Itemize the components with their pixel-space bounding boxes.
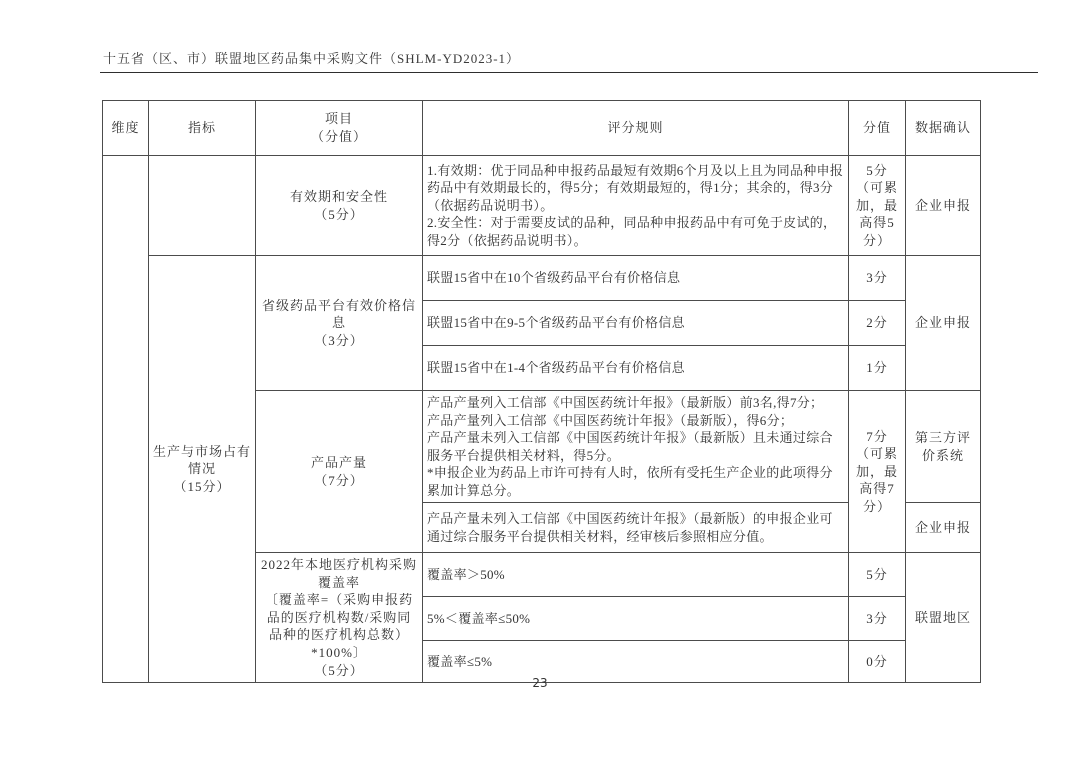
rule-coverage-gt50: 覆盖率＞50% bbox=[423, 553, 849, 597]
header-dimension: 维度 bbox=[103, 101, 149, 156]
confirm-output-enterprise: 企业申报 bbox=[906, 503, 981, 553]
scoring-rules-table: 维度 指标 项目 （分值） 评分规则 分值 数据确认 有效期和安全性 （5分） … bbox=[102, 100, 981, 683]
rule-validity: 1.有效期：优于同品种申报药品最短有效期6个月及以上且为同品种申报药品中有效期最… bbox=[423, 156, 849, 256]
table-header-row: 维度 指标 项目 （分值） 评分规则 分值 数据确认 bbox=[103, 101, 981, 156]
document-header-title: 十五省（区、市）联盟地区药品集中采购文件（SHLM-YD2023-1） bbox=[103, 48, 520, 67]
confirm-validity: 企业申报 bbox=[906, 156, 981, 256]
rule-output-listed: 产品产量列入工信部《中国医药统计年报》（最新版）前3名,得7分； 产品产量列入工… bbox=[423, 391, 849, 503]
project-coverage: 2022年本地医疗机构采购覆盖率 〔覆盖率=（采购申报药品的医疗机构数/采购同品… bbox=[256, 553, 423, 683]
score-coverage-gt50: 5分 bbox=[849, 553, 906, 597]
rule-price-info-1-4: 联盟15省中在1-4个省级药品平台有价格信息 bbox=[423, 346, 849, 391]
project-output: 产品产量 （7分） bbox=[256, 391, 423, 553]
score-price-info-1-4: 1分 bbox=[849, 346, 906, 391]
score-price-info-9-5: 2分 bbox=[849, 301, 906, 346]
score-output: 7分 （可累加，最高得7分） bbox=[849, 391, 906, 553]
table-row: 生产与市场占有情况 （15分） 省级药品平台有效价格信息 （3分） 联盟15省中… bbox=[103, 256, 981, 301]
confirm-price-info: 企业申报 bbox=[906, 256, 981, 391]
rule-price-info-9-5: 联盟15省中在9-5个省级药品平台有价格信息 bbox=[423, 301, 849, 346]
score-price-info-10: 3分 bbox=[849, 256, 906, 301]
rule-output-unlisted: 产品产量未列入工信部《中国医药统计年报》（最新版）的申报企业可通过综合服务平台提… bbox=[423, 503, 849, 553]
header-project: 项目 （分值） bbox=[256, 101, 423, 156]
header-divider-line bbox=[100, 72, 1038, 73]
table-row: 有效期和安全性 （5分） 1.有效期：优于同品种申报药品最短有效期6个月及以上且… bbox=[103, 156, 981, 256]
rule-price-info-10: 联盟15省中在10个省级药品平台有价格信息 bbox=[423, 256, 849, 301]
rule-coverage-5to50: 5%＜覆盖率≤50% bbox=[423, 597, 849, 641]
score-validity: 5分 （可累加，最高得5分） bbox=[849, 156, 906, 256]
project-price-info: 省级药品平台有效价格信息 （3分） bbox=[256, 256, 423, 391]
document-page: 十五省（区、市）联盟地区药品集中采购文件（SHLM-YD2023-1） 维度 指… bbox=[0, 0, 1080, 764]
header-confirm: 数据确认 bbox=[906, 101, 981, 156]
score-coverage-5to50: 3分 bbox=[849, 597, 906, 641]
indicator-production-market: 生产与市场占有情况 （15分） bbox=[149, 256, 256, 683]
header-score: 分值 bbox=[849, 101, 906, 156]
dimension-cell-empty bbox=[103, 156, 149, 683]
indicator-cell-empty bbox=[149, 156, 256, 256]
header-indicator: 指标 bbox=[149, 101, 256, 156]
confirm-coverage: 联盟地区 bbox=[906, 553, 981, 683]
header-rule: 评分规则 bbox=[423, 101, 849, 156]
page-number: 23 bbox=[0, 676, 1080, 690]
confirm-output-thirdparty: 第三方评价系统 bbox=[906, 391, 981, 503]
project-validity: 有效期和安全性 （5分） bbox=[256, 156, 423, 256]
